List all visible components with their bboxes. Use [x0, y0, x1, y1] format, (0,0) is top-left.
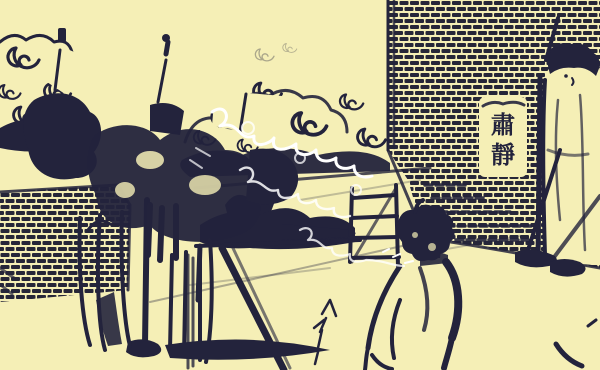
- placard-char-top: 肅: [491, 111, 515, 139]
- placard-char-bottom: 靜: [491, 141, 515, 169]
- illustration-canvas: 肅 靜: [0, 0, 600, 370]
- silence-placard: 肅 靜: [479, 97, 527, 177]
